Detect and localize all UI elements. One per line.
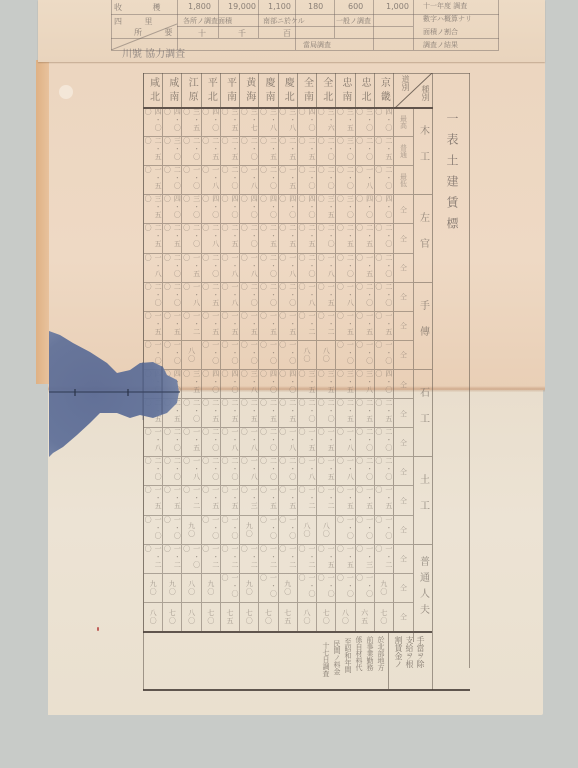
ink-stain [0,0,578,768]
